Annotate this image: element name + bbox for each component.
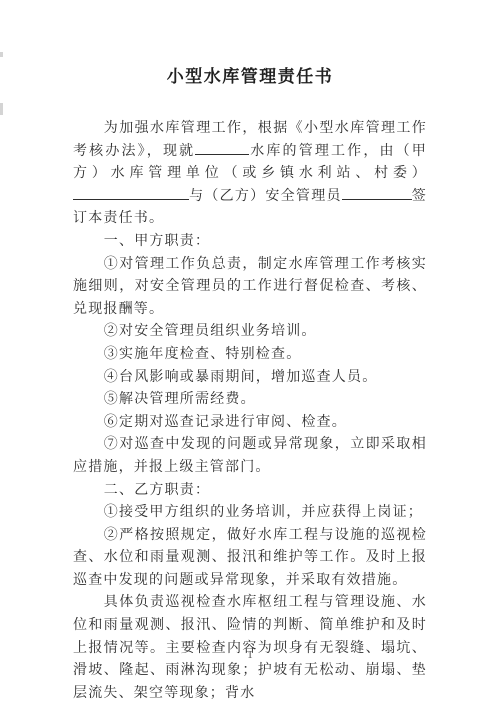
blank-party-b-manager-field — [342, 186, 412, 200]
intro-paragraph: 为加强水库管理工作，根据《小型水库管理工作考核办法》，现就水库的管理工作，由（甲… — [73, 118, 427, 231]
section-b-item-1: ①接受甲方组织的业务培训，并应获得上岗证； — [73, 502, 427, 525]
section-a-item-6: ⑥定期对巡查记录进行审阅、检查。 — [73, 412, 427, 435]
section-a-item-1: ①对管理工作负总责，制定水库管理工作考核实施细则，对安全管理员的工作进行督促检查… — [73, 254, 427, 322]
section-a-item-5: ⑤解决管理所需经费。 — [73, 389, 427, 412]
document-title: 小型水库管理责任书 — [73, 62, 427, 87]
document-page: 小型水库管理责任书 为加强水库管理工作，根据《小型水库管理工作考核办法》，现就水… — [0, 0, 500, 707]
section-a-item-3: ③实施年度检查、特别检查。 — [73, 344, 427, 367]
blank-party-a-unit-field — [73, 186, 189, 200]
section-b-heading: 二、乙方职责： — [73, 480, 427, 503]
page-number: 1 — [0, 649, 500, 661]
section-a-heading: 一、甲方职责： — [73, 231, 427, 254]
scan-speck — [0, 52, 3, 57]
section-a-item-7: ⑦对巡查中发现的问题或异常现象，立即采取相应措施，并报上级主管部门。 — [73, 434, 427, 479]
section-b-item-2: ②严格按照规定，做好水库工程与设施的巡视检查、水位和雨量观测、报汛和维护等工作。… — [73, 525, 427, 593]
section-a-item-2: ②对安全管理员组织业务培训。 — [73, 321, 427, 344]
document-content: 小型水库管理责任书 为加强水库管理工作，根据《小型水库管理工作考核办法》，现就水… — [73, 62, 427, 705]
intro-text-3: 与（乙方）安全管理员 — [189, 189, 342, 204]
blank-reservoir-name-field — [195, 141, 249, 155]
section-a-item-4: ④台风影响或暴雨期间，增加巡查人员。 — [73, 367, 427, 390]
scan-speck — [0, 103, 3, 115]
